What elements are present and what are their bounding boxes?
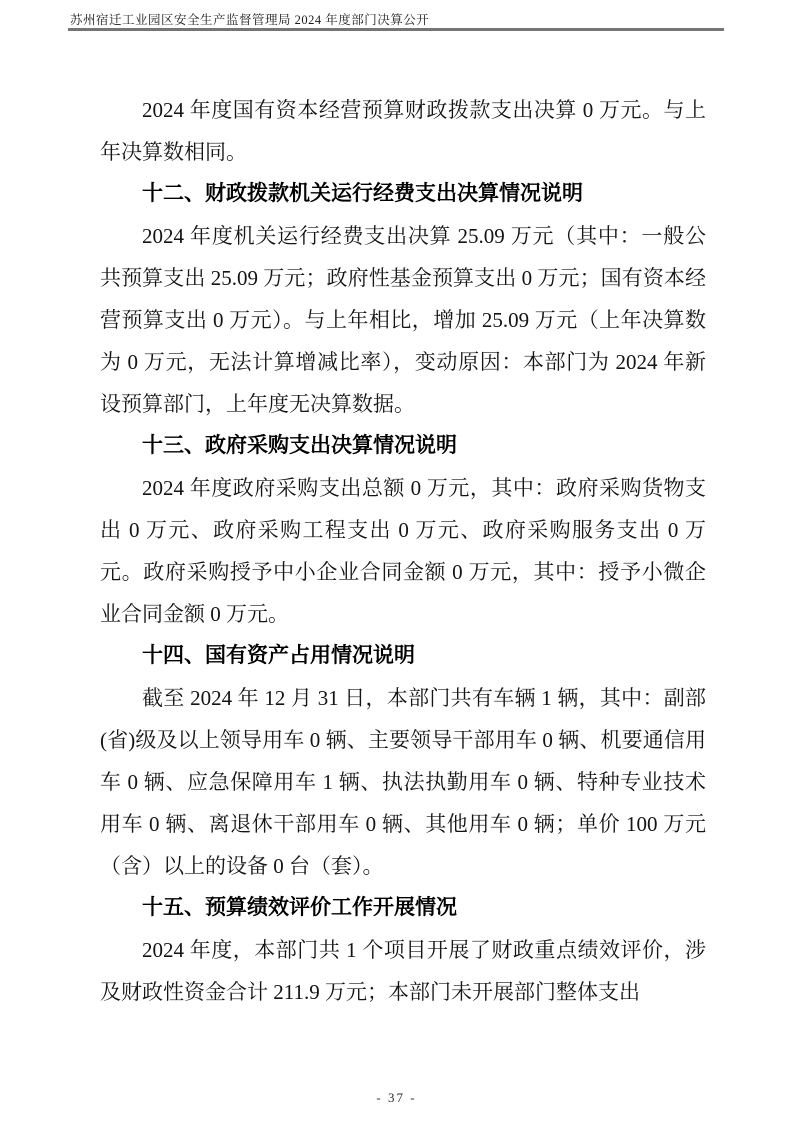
paragraph-section-15-performance-evaluation: 2024 年度，本部门共 1 个项目开展了财政重点绩效评价，涉及财政性资金合计 … xyxy=(100,929,706,1013)
heading-section-13: 十三、政府采购支出决算情况说明 xyxy=(100,425,706,467)
heading-section-15: 十五、预算绩效评价工作开展情况 xyxy=(100,887,706,929)
paragraph-section-13-procurement: 2024 年度政府采购支出总额 0 万元，其中：政府采购货物支出 0 万元、政府… xyxy=(100,467,706,635)
paragraph-state-capital-expenditure: 2024 年度国有资本经营预算财政拨款支出决算 0 万元。与上年决算数相同。 xyxy=(100,89,706,173)
page-number: - 37 - xyxy=(0,1090,793,1106)
heading-section-12: 十二、财政拨款机关运行经费支出决算情况说明 xyxy=(100,173,706,215)
header-divider xyxy=(68,28,724,31)
page-header-title: 苏州宿迁工业园区安全生产监督管理局 2024 年度部门决算公开 xyxy=(70,10,429,28)
document-page: 苏州宿迁工业园区安全生产监督管理局 2024 年度部门决算公开 2024 年度国… xyxy=(0,0,793,1122)
heading-section-14: 十四、国有资产占用情况说明 xyxy=(100,635,706,677)
paragraph-section-12-operating-expenses: 2024 年度机关运行经费支出决算 25.09 万元（其中：一般公共预算支出 2… xyxy=(100,215,706,425)
paragraph-section-14-state-assets: 截至 2024 年 12 月 31 日，本部门共有车辆 1 辆，其中：副部(省)… xyxy=(100,677,706,887)
document-body: 2024 年度国有资本经营预算财政拨款支出决算 0 万元。与上年决算数相同。 十… xyxy=(100,89,706,1013)
